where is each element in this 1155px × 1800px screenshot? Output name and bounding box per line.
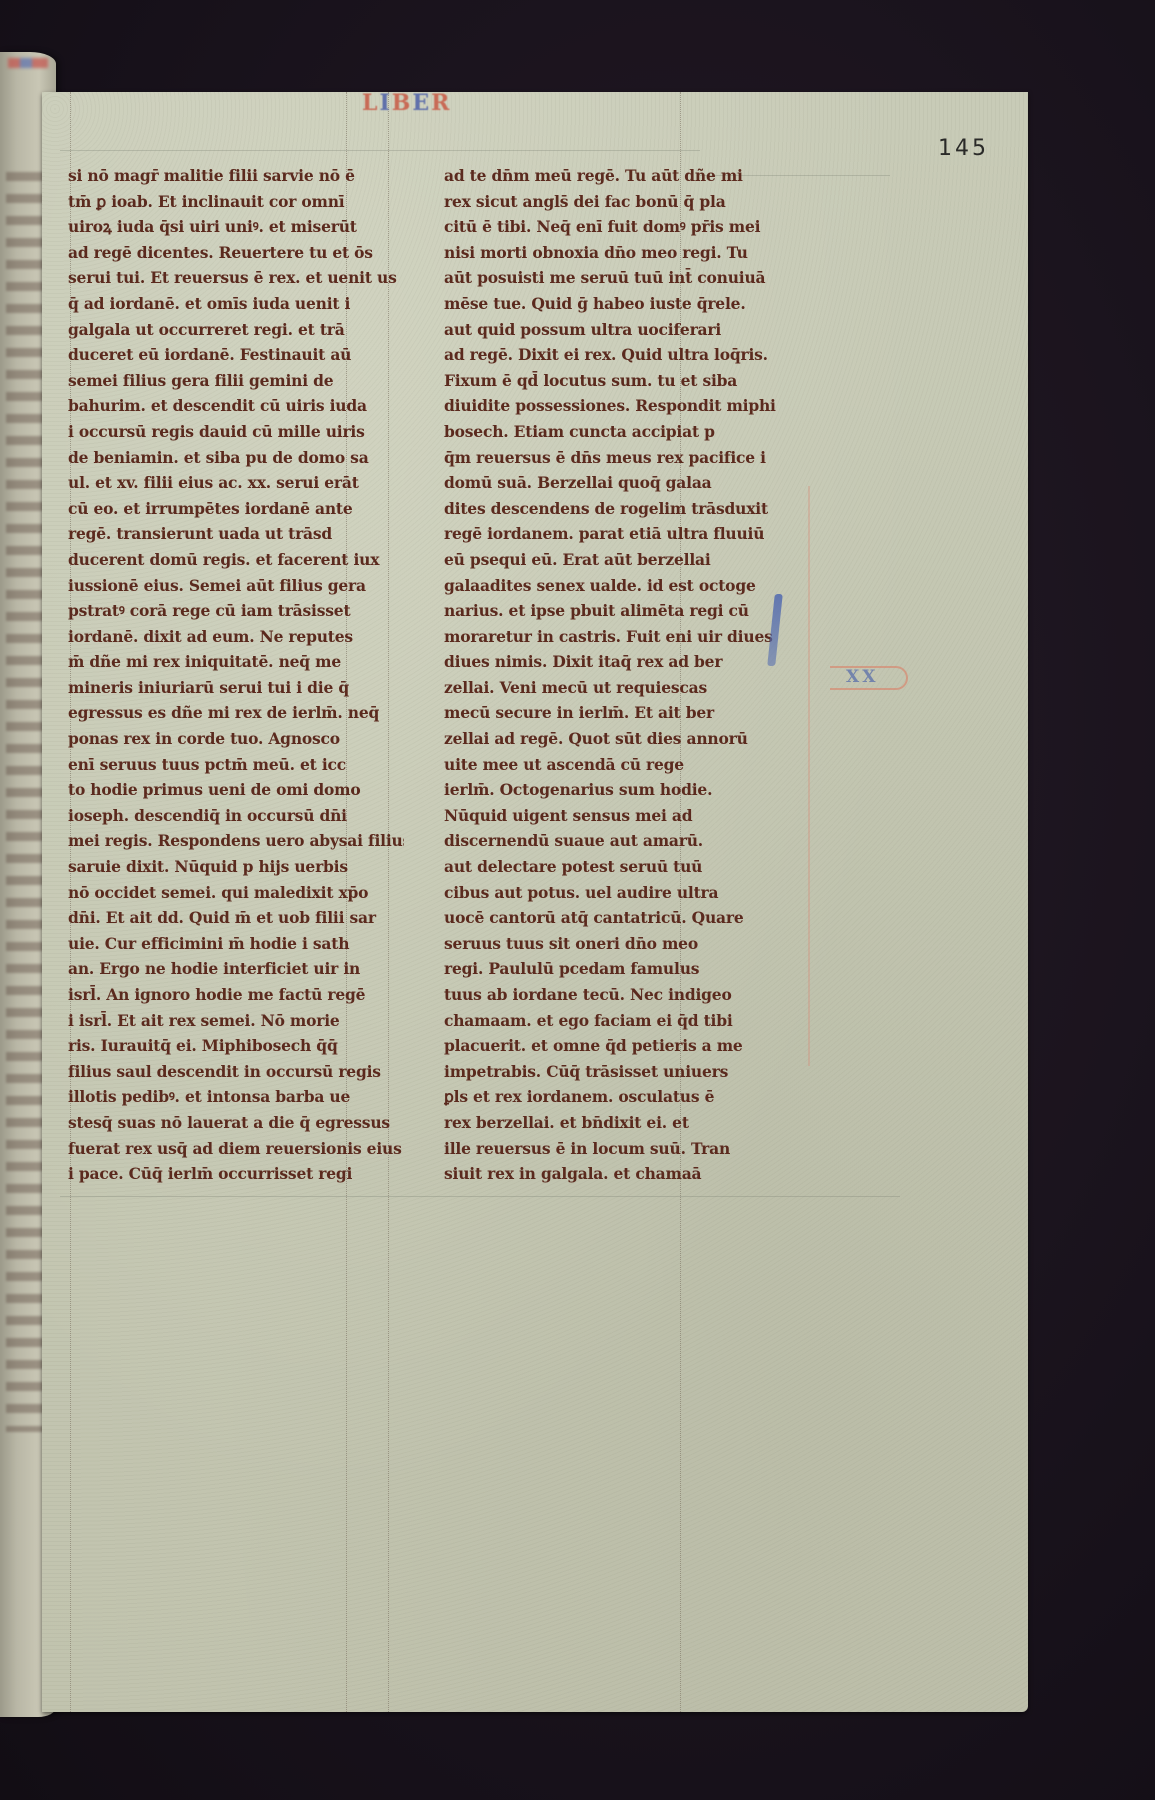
chapter-number: XX xyxy=(846,667,878,687)
text-line: moraretur in castris. Fuit eni uir diues xyxy=(444,624,804,650)
text-line: diuidite possessiones. Respondit miphi xyxy=(444,393,804,419)
text-line: rex berzellai. et bn̄dixit ei. et xyxy=(444,1110,804,1136)
text-line: duceret eū iordanē. Festinauit aū xyxy=(68,342,404,368)
text-line: uie. Cur efficimini m̄ hodie i sath xyxy=(68,931,404,957)
text-line: ad regē. Dixit ei rex. Quid ultra loq̄ri… xyxy=(444,342,804,368)
text-line: aut quid possum ultra uociferari xyxy=(444,317,804,343)
text-line: chamaam. et ego faciam ei q̄d tibi xyxy=(444,1008,804,1034)
text-line: impetrabis. Cūq̄ trāsisset uniuers xyxy=(444,1059,804,1085)
text-line: tuus ab iordane tecū. Nec indigeo xyxy=(444,982,804,1008)
text-line: q̄ ad iordanē. et omīs iuda uenit i xyxy=(68,291,404,317)
text-line: zellai. Veni mecū ut requiescas xyxy=(444,675,804,701)
text-line: bosech. Etiam cuncta accipiat p xyxy=(444,419,804,445)
text-line: i occursū regis dauid cū mille uiris xyxy=(68,419,404,445)
text-line: nō occidet semei. qui maledixit xp̄o xyxy=(68,880,404,906)
ruling-top xyxy=(60,150,700,151)
marginal-red-stroke xyxy=(808,486,810,1066)
text-line: mei regis. Respondens uero abysai filius xyxy=(68,828,404,854)
text-line: zellai ad regē. Quot sūt dies annorū xyxy=(444,726,804,752)
text-line: regē. transierunt uada ut trāsd xyxy=(68,521,404,547)
text-line: ducerent domū regis. et facerent iux xyxy=(68,547,404,573)
text-line: Nūquid uigent sensus mei ad xyxy=(444,803,804,829)
text-line: dites descendens de rogelim trāsduxit xyxy=(444,496,804,522)
text-line: aūt posuisti me seruū tuū int̄ conuiuā xyxy=(444,265,804,291)
text-line: dn̄i. Et ait dd. Quid m̄ et uob filii sa… xyxy=(68,905,404,931)
text-line: m̄ dñe mi rex iniquitatē. neq̄ me xyxy=(68,649,404,675)
text-line: ris. Iurauitq̄ ei. Miphibosech q̄q̄ xyxy=(68,1033,404,1059)
text-line: ponas rex in corde tuo. Agnosco xyxy=(68,726,404,752)
text-line: iordanē. dixit ad eum. Ne reputes xyxy=(68,624,404,650)
text-line: ul. et xv. filii eius ac. xx. serui erāt xyxy=(68,470,404,496)
text-line: de beniamin. et siba pu de domo sa xyxy=(68,445,404,471)
text-line: isrl̄. An ignoro hodie me factū regē xyxy=(68,982,404,1008)
text-line: mineris iniuriarū serui tui i die q̄ xyxy=(68,675,404,701)
text-line: tm̄ ꝑ ioab. Et inclinauit cor omnī xyxy=(68,189,404,215)
text-column-right: ad te dn̄m meū regē. Tu aūt dñe mirex si… xyxy=(444,163,804,1213)
text-line: mecū secure in ierlm̄. Et ait ber xyxy=(444,700,804,726)
header-letter: R xyxy=(431,90,451,116)
text-line: rex sicut angls̄ dei fac bonū q̄ pla xyxy=(444,189,804,215)
text-line: cibus aut potus. uel audire ultra xyxy=(444,880,804,906)
header-letter: B xyxy=(392,90,413,116)
text-line: stesq̄ suas nō lauerat a die q̄ egressus xyxy=(68,1110,404,1136)
folio-number: 145 xyxy=(938,136,989,161)
text-line: fuerat rex usq̄ ad diem reuersionis eius xyxy=(68,1136,404,1162)
text-line: eū psequi eū. Erat aūt berzellai xyxy=(444,547,804,573)
text-line: pstratꝰ corā rege cū iam trāsisset xyxy=(68,598,404,624)
marginal-chapter-marker: XX xyxy=(830,666,908,690)
text-line: q̄m reuersus ē dn̄s meus rex pacifice i xyxy=(444,445,804,471)
text-line: i pace. Cūq̄ ierlm̄ occurrisset regi xyxy=(68,1161,404,1187)
text-line: uocē cantorū atq̄ cantatricū. Quare xyxy=(444,905,804,931)
text-column-left: si nō magr̄ malitie filii sarvie nō ētm̄… xyxy=(68,163,404,1213)
text-line: si nō magr̄ malitie filii sarvie nō ē xyxy=(68,163,404,189)
text-line: uite mee ut ascendā cū rege xyxy=(444,752,804,778)
text-line: illotis pedibꝰ. et intonsa barba ue xyxy=(68,1084,404,1110)
text-line: seruus tuus sit oneri dn̄o meo xyxy=(444,931,804,957)
header-letter: E xyxy=(412,90,431,116)
facing-page-header-ghost xyxy=(8,58,48,68)
text-line: discernendū suaue aut amarū. xyxy=(444,828,804,854)
text-line: serui tui. Et reuersus ē rex. et uenit u… xyxy=(68,265,404,291)
text-line: enī seruus tuus pctm̄ meū. et icc xyxy=(68,752,404,778)
text-line: ꝑls et rex iordanem. osculatus ē xyxy=(444,1084,804,1110)
text-line: regi. Paululū pcedam famulus xyxy=(444,956,804,982)
text-line: semei filius gera filii gemini de xyxy=(68,368,404,394)
text-line: placuerit. et omne q̄d petieris a me xyxy=(444,1033,804,1059)
text-line: galaadites senex ualde. id est octoge xyxy=(444,573,804,599)
text-line: ioseph. descendiq̄ in occursū dn̄i xyxy=(68,803,404,829)
text-line: ille reuersus ē in locum suū. Tran xyxy=(444,1136,804,1162)
text-line: ad regē dicentes. Reuertere tu et ōs xyxy=(68,240,404,266)
text-line: narius. et ipse pbuit alimēta regi cū xyxy=(444,598,804,624)
text-line: to hodie primus ueni de omi domo xyxy=(68,777,404,803)
header-letter: I xyxy=(379,90,391,116)
text-line: aut delectare potest seruū tuū xyxy=(444,854,804,880)
text-line: i isrl̄. Et ait rex semei. Nō morie xyxy=(68,1008,404,1034)
running-header: LIBER xyxy=(362,90,451,116)
text-line: galgala ut occurreret regi. et trā xyxy=(68,317,404,343)
text-line: citū ē tibi. Neq̄ enī fuit domꝰ pr̄is me… xyxy=(444,214,804,240)
text-line: mēse tue. Quid ḡ habeo iuste q̄rele. xyxy=(444,291,804,317)
header-letter: L xyxy=(362,90,379,116)
text-line: nisi morti obnoxia dn̄o meo regi. Tu xyxy=(444,240,804,266)
text-line: regē iordanem. parat etiā ultra fluuiū xyxy=(444,521,804,547)
text-line: bahurim. et descendit cū uiris iuda xyxy=(68,393,404,419)
text-line: an. Ergo ne hodie interficiet uir in xyxy=(68,956,404,982)
text-line: iussionē eius. Semei aūt filius gera xyxy=(68,573,404,599)
text-line: ad te dn̄m meū regē. Tu aūt dñe mi xyxy=(444,163,804,189)
text-line: egressus es dñe mi rex de ierlm̄. neq̄ xyxy=(68,700,404,726)
text-line: uiroꝝ iuda q̄si uiri uniꝰ. et miserūt xyxy=(68,214,404,240)
text-line: siuit rex in galgala. et chamaā xyxy=(444,1161,804,1187)
text-line: domū suā. Berzellai quoq̄ galaa xyxy=(444,470,804,496)
text-line: filius saul descendit in occursū regis xyxy=(68,1059,404,1085)
text-line: Fixum ē qd̄ locutus sum. tu et siba xyxy=(444,368,804,394)
text-line: diues nimis. Dixit itaq̄ rex ad ber xyxy=(444,649,804,675)
text-line: saruie dixit. Nūquid p hijs uerbis xyxy=(68,854,404,880)
text-line: cū eo. et irrumpētes iordanē ante xyxy=(68,496,404,522)
text-line: ierlm̄. Octogenarius sum hodie. xyxy=(444,777,804,803)
